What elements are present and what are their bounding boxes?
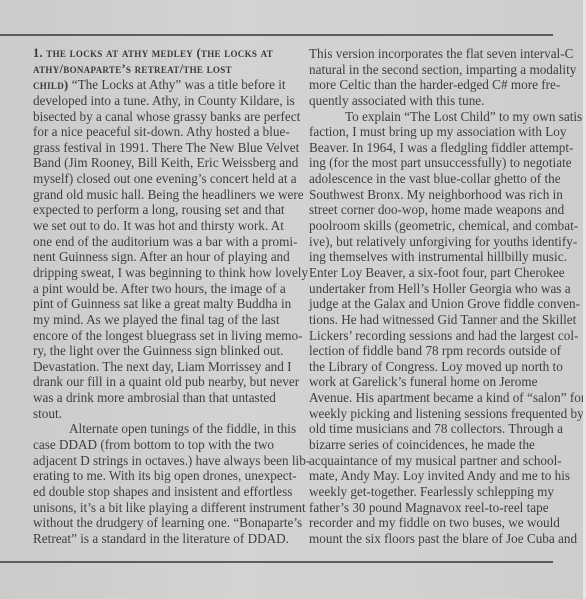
text-line: bisected by a canal whose grassy banks a… xyxy=(33,109,283,125)
text-line: for a nice peaceful sit-down. Athy hoste… xyxy=(33,124,283,140)
text-line: lection of fiddle band 78 rpm records ou… xyxy=(309,343,559,359)
text-line: work at Garelick’s funeral home on Jerom… xyxy=(309,374,559,390)
text-line: one end of the auditorium was a bar with… xyxy=(33,234,283,250)
text-line: Devastation. The next day, Liam Morrisse… xyxy=(33,359,283,375)
right-column: This version incorporates the flat seven… xyxy=(309,46,559,547)
text-line: grass festival in 1991. There The New Bl… xyxy=(33,140,283,156)
text-line: my mind. As we played the final tag of t… xyxy=(33,312,283,328)
text-line: tions. He had witnessed Gid Tanner and t… xyxy=(309,312,559,328)
bottom-rule xyxy=(0,561,553,563)
text-line: mate, Andy May. Loy invited Andy and me … xyxy=(309,468,559,484)
text-line: expected to perform a long, rousing set … xyxy=(33,202,283,218)
text-line: unisons, it’s a bit like playing a diffe… xyxy=(33,500,283,516)
text-line: street corner doo-wop, home made weapons… xyxy=(309,202,559,218)
text-line: we set out to do. It was hot and thirsty… xyxy=(33,218,283,234)
text-line: father’s 30 pound Magnavox reel-to-reel … xyxy=(309,500,559,516)
text-line: ed double stop shapes and insistent and … xyxy=(33,484,283,500)
text-line: nent Guinness sign. After an hour of pla… xyxy=(33,249,283,265)
text-line: case DDAD (from bottom to top with the t… xyxy=(33,437,283,453)
text-line: stout. xyxy=(33,406,283,422)
text-line: mount the six floors past the blare of J… xyxy=(309,531,559,547)
text-line: erating to me. With its big open drones,… xyxy=(33,468,283,484)
text-line: bizarre series of coincidences, he made … xyxy=(309,437,559,453)
text-line: faction, I must bring up my association … xyxy=(309,124,559,140)
left-column: 1. the locks at athy medley (the locks a… xyxy=(33,46,283,547)
text-line: Beaver. In 1964, I was a fledgling fiddl… xyxy=(309,140,559,156)
text-line: adolescence in the vast blue-collar ghet… xyxy=(309,171,559,187)
text-line: myself) closed out one evening’s concert… xyxy=(33,171,283,187)
text-line: Band (Jim Rooney, Bill Keith, Eric Weiss… xyxy=(33,155,283,171)
text-line: ry, the light over the Guinness sign bli… xyxy=(33,343,283,359)
text-line: This version incorporates the flat seven… xyxy=(309,46,559,62)
heading-line: 1. the locks at athy medley (the locks a… xyxy=(33,46,283,62)
text-line: ing themselves with instrumental hillbil… xyxy=(309,249,559,265)
text-line: Avenue. His apartment became a kind of “… xyxy=(309,390,559,406)
text-line: Enter Loy Beaver, a six-foot four, part … xyxy=(309,265,559,281)
text-line: undertaker from Hell’s Holler Georgia wh… xyxy=(309,281,559,297)
text-line: child) “The Locks at Athy” was a title b… xyxy=(33,77,283,93)
text-line: ive), but relatively unforgiving for you… xyxy=(309,234,559,250)
text-line: weekly picking and listening sessions fr… xyxy=(309,406,559,422)
text-line: ing (for the most part unsuccessfully) t… xyxy=(309,155,559,171)
text-line: quently associated with this tune. xyxy=(309,93,559,109)
heading-line: child) xyxy=(33,78,68,92)
heading-line: athy/bonaparte’s retreat/the lost xyxy=(33,62,283,78)
text-line: a pint would be. After two hours, the im… xyxy=(33,281,283,297)
text-line: acquaintance of my musical partner and s… xyxy=(309,453,559,469)
text-line: more Celtic than the harder-edged C# mor… xyxy=(309,77,559,93)
text-line: Retreat” is a standard in the literature… xyxy=(33,531,283,547)
text-line: was a drink more ambrosial than that unt… xyxy=(33,390,283,406)
text-line: recorder and my fiddle on two buses, we … xyxy=(309,515,559,531)
page: 1. the locks at athy medley (the locks a… xyxy=(0,0,586,599)
text-fragment: “The Locks at Athy” was a title before i… xyxy=(68,77,285,92)
text-line: judge at the Galax and Union Grove fiddl… xyxy=(309,296,559,312)
text-line: Lickers’ recording sessions and had the … xyxy=(309,328,559,344)
text-line: pint of Guinness sat like a great malty … xyxy=(33,296,283,312)
text-line: Alternate open tunings of the fiddle, in… xyxy=(33,421,283,437)
text-line: To explain “The Lost Child” to my own sa… xyxy=(309,109,559,125)
text-line: drank our fill in a quaint old pub nearb… xyxy=(33,374,283,390)
text-line: adjacent D strings in octaves.) have alw… xyxy=(33,453,283,469)
text-line: natural in the second section, imparting… xyxy=(309,62,559,78)
text-line: weekly get-together. Fearlessly schleppi… xyxy=(309,484,559,500)
text-line: the Library of Congress. Loy moved up no… xyxy=(309,359,559,375)
text-line: grand old music hall. Being the headline… xyxy=(33,187,283,203)
text-line: developed into a tune. Athy, in County K… xyxy=(33,93,283,109)
text-line: poolroom skills (geometric, chemical, an… xyxy=(309,218,559,234)
text-line: without the drudgery of learning one. “B… xyxy=(33,515,283,531)
text-line: old time musicians and 78 collectors. Th… xyxy=(309,421,559,437)
text-line: encore of the longest bluegrass set in l… xyxy=(33,328,283,344)
text-line: Southwest Bronx. My neighborhood was ric… xyxy=(309,187,559,203)
text-line: dripping sweat, I was beginning to think… xyxy=(33,265,283,281)
top-rule xyxy=(0,34,553,36)
